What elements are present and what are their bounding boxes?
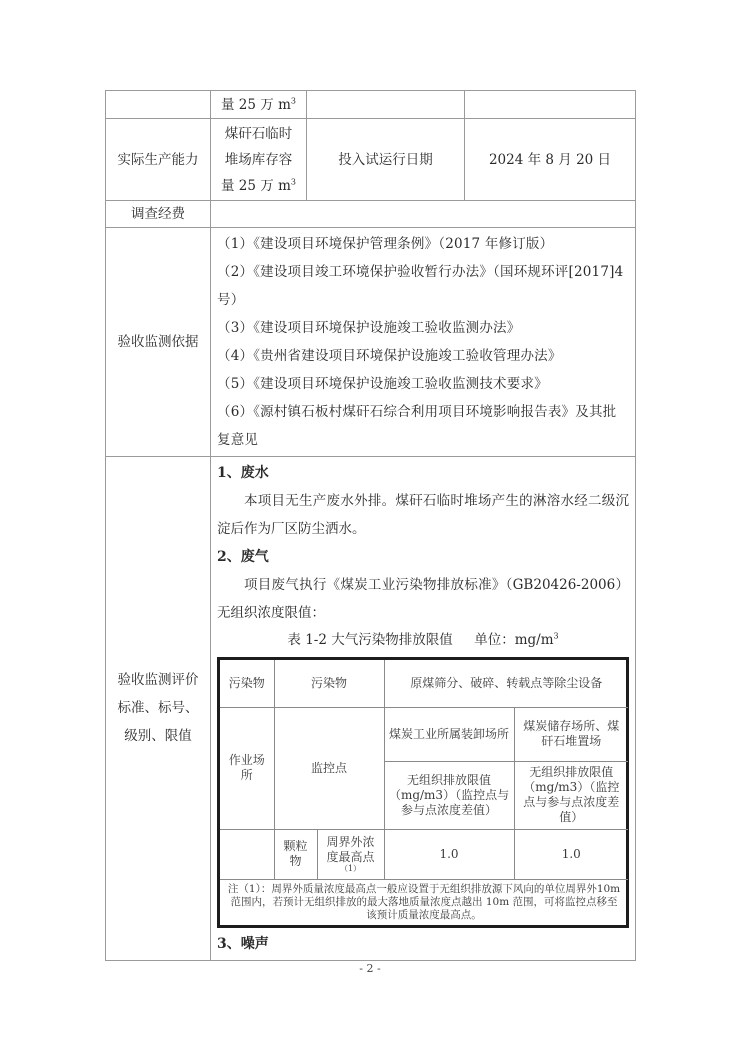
table-caption: 表 1-2 大气污染物排放限值 单位：mg/m3 xyxy=(217,627,629,653)
basis-item: （5）《建设项目环境保护设施竣工验收监测技术要求》 xyxy=(217,370,629,398)
monitor-point: 周界外浓度最高点 （1） xyxy=(317,829,384,879)
pollutant-name: 颗粒物 xyxy=(274,829,317,879)
monitor-label: 监控点 xyxy=(274,707,384,829)
basis-item: （1）《建设项目环境保护管理条例》（2017 年修订版） xyxy=(217,230,629,258)
basis-item: （3）《建设项目环境保护设施竣工验收监测办法》 xyxy=(217,314,629,342)
document-page: 量 25 万 m3 实际生产能力 煤矸石临时 堆场库存容 量 25 万 m3 投… xyxy=(0,0,740,1046)
empty-cell xyxy=(307,91,465,119)
capacity-continuation-cell: 量 25 万 m3 xyxy=(211,91,307,119)
empty-cell xyxy=(220,829,274,879)
basis-item: （6）《源村镇石板村煤矸石综合利用项目环境影响报告表》及其批复意见 xyxy=(217,398,629,454)
emission-limit-table: 污染物 污染物 原煤筛分、破碎、转载点等除尘设备 作业场所 监控点 煤炭工业所属… xyxy=(220,660,628,925)
table-row-capacity: 实际生产能力 煤矸石临时 堆场库存容 量 25 万 m3 投入试运行日期 202… xyxy=(106,119,636,201)
inner-value-row: 颗粒物 周界外浓度最高点 （1） 1.0 1.0 xyxy=(220,829,628,879)
section-heading-noise: 3、噪声 xyxy=(217,930,629,958)
wastewater-text: 本项目无生产废水外排。煤矸石临时堆场产生的淋溶水经二级沉淀后作为厂区防尘洒水。 xyxy=(217,487,629,543)
header-equipment: 原煤筛分、破碎、转载点等除尘设备 xyxy=(384,660,628,707)
site-label: 作业场所 xyxy=(220,707,274,829)
exhaust-text: 项目废气执行《煤炭工业污染物排放标准》（GB20426-2006）无组织浓度限值… xyxy=(217,571,629,627)
trial-run-label: 投入试运行日期 xyxy=(307,119,465,201)
standards-content: 1、废水 本项目无生产废水外排。煤矸石临时堆场产生的淋溶水经二级沉淀后作为厂区防… xyxy=(211,457,636,961)
table-row-funding: 调查经费 xyxy=(106,201,636,228)
table-row-basis: 验收监测依据 （1）《建设项目环境保护管理条例》（2017 年修订版） （2）《… xyxy=(106,228,636,457)
section-heading-exhaust: 2、废气 xyxy=(217,543,629,571)
page-number: - 2 - xyxy=(0,962,740,975)
site-b: 煤炭储存场所、煤矸石堆置场 xyxy=(514,707,628,761)
capacity-value: 煤矸石临时 堆场库存容 量 25 万 m3 xyxy=(211,119,307,201)
acceptance-info-table: 量 25 万 m3 实际生产能力 煤矸石临时 堆场库存容 量 25 万 m3 投… xyxy=(105,90,636,961)
basis-item: （4）《贵州省建设项目环境保护设施竣工验收管理办法》 xyxy=(217,342,629,370)
site-a: 煤炭工业所属装卸场所 xyxy=(384,707,514,761)
table-note: 注（1）：周界外质量浓度最高点一般应设置于无组织排放源下风向的单位周界外10m … xyxy=(220,879,628,925)
table-row-continuation: 量 25 万 m3 xyxy=(106,91,636,119)
inner-header-row: 污染物 污染物 原煤筛分、破碎、转载点等除尘设备 xyxy=(220,660,628,707)
basis-item: （2）《建设项目竣工环境保护验收暂行办法》（国环规环评[2017]4 号） xyxy=(217,258,629,314)
empty-label-cell xyxy=(106,91,211,119)
section-heading-wastewater: 1、废水 xyxy=(217,459,629,487)
trial-run-date: 2024 年 8 月 20 日 xyxy=(465,119,636,201)
capacity-label: 实际生产能力 xyxy=(106,119,211,201)
value-b: 1.0 xyxy=(514,829,628,879)
header-pollutant-2: 污染物 xyxy=(274,660,384,707)
limit-a: 无组织排放限值（mg/m3）（监控点与参与点浓度差值） xyxy=(384,761,514,829)
limit-b: 无组织排放限值（mg/m3）（监控点与参与点浓度差值） xyxy=(514,761,628,829)
header-pollutant: 污染物 xyxy=(220,660,274,707)
standards-label: 验收监测评价 标准、标号、 级别、限值 xyxy=(106,457,211,961)
value-a: 1.0 xyxy=(384,829,514,879)
basis-list: （1）《建设项目环境保护管理条例》（2017 年修订版） （2）《建设项目竣工环… xyxy=(211,228,636,457)
funding-value xyxy=(211,201,636,228)
funding-label: 调查经费 xyxy=(106,201,211,228)
emission-limit-table-frame: 污染物 污染物 原煤筛分、破碎、转载点等除尘设备 作业场所 监控点 煤炭工业所属… xyxy=(217,657,629,928)
empty-cell xyxy=(465,91,636,119)
inner-site-row: 作业场所 监控点 煤炭工业所属装卸场所 煤炭储存场所、煤矸石堆置场 xyxy=(220,707,628,761)
basis-label: 验收监测依据 xyxy=(106,228,211,457)
inner-note-row: 注（1）：周界外质量浓度最高点一般应设置于无组织排放源下风向的单位周界外10m … xyxy=(220,879,628,925)
table-row-standards: 验收监测评价 标准、标号、 级别、限值 1、废水 本项目无生产废水外排。煤矸石临… xyxy=(106,457,636,961)
